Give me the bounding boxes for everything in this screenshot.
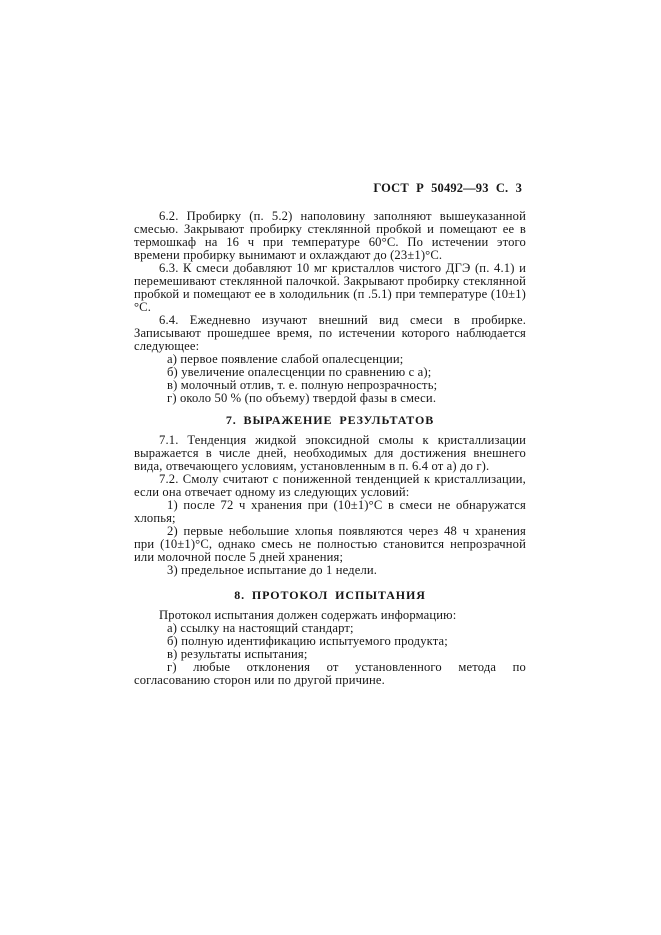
section-7-heading: 7. ВЫРАЖЕНИЕ РЕЗУЛЬТАТОВ: [134, 414, 526, 427]
running-header-doc-number: ГОСТ Р 50492—93 С. 3: [134, 181, 522, 195]
paragraph-7-2: 7.2. Смолу считают с пониженной тенденци…: [134, 473, 526, 499]
scanned-document-page: ГОСТ Р 50492—93 С. 3 6.2. Пробирку (п. 5…: [0, 0, 661, 935]
list-item-7-2-2: 2) первые небольшие хлопья появляются че…: [134, 525, 526, 564]
list-item-6-4-g: г) около 50 % (по объему) твердой фазы в…: [134, 392, 526, 405]
list-item-7-2-3: 3) предельное испытание до 1 недели.: [134, 564, 526, 577]
list-item-8-g: г) любые отклонения от установленного ме…: [134, 661, 526, 687]
paragraph-6-4: 6.4. Ежедневно изучают внешний вид смеси…: [134, 314, 526, 353]
text-column: ГОСТ Р 50492—93 С. 3 6.2. Пробирку (п. 5…: [134, 0, 526, 687]
paragraph-6-2: 6.2. Пробирку (п. 5.2) наполовину заполн…: [134, 210, 526, 262]
section-8-heading: 8. ПРОТОКОЛ ИСПЫТАНИЯ: [134, 589, 526, 602]
paragraph-6-3: 6.3. К смеси добавляют 10 мг кристаллов …: [134, 262, 526, 314]
paragraph-7-1: 7.1. Тенденция жидкой эпоксидной смолы к…: [134, 434, 526, 473]
list-item-7-2-1: 1) после 72 ч хранения при (10±1)°С в см…: [134, 499, 526, 525]
